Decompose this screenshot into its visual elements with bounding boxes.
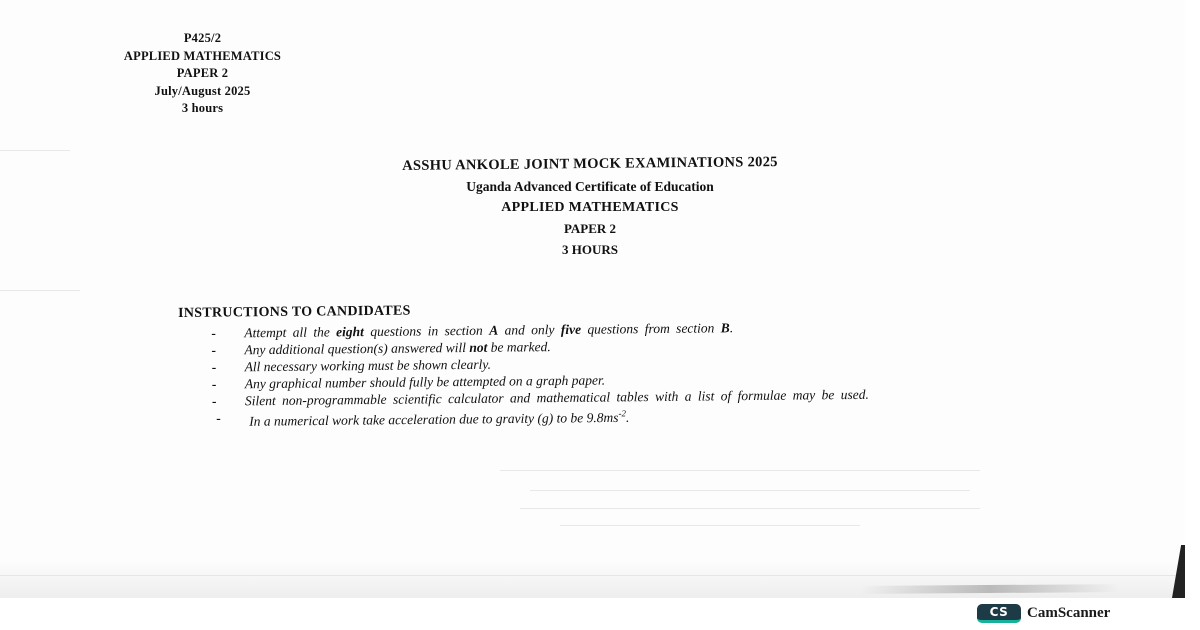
paper-number: PAPER 2 [60,65,345,83]
paper-duration: 3 hours [60,100,345,118]
camscanner-label: CamScanner [1027,605,1110,622]
exam-paper: PAPER 2 [270,218,910,239]
exam-name: ASSHU ANKOLE JOINT MOCK EXAMINATIONS 202… [270,149,910,180]
paper-subject: APPLIED MATHEMATICS [60,48,345,66]
instructions-list: - Attempt all the eight questions in sec… [178,316,1019,430]
camscanner-watermark: CS CamScanner [977,604,1110,623]
bullet-dash: - [212,359,217,376]
camscanner-logo-icon: CS [977,604,1021,623]
bullet-dash: - [216,410,221,427]
paper-code: P425/2 [60,30,345,48]
bullet-dash: - [211,325,216,342]
paper-session: July/August 2025 [60,83,345,101]
scanned-page: P425/2 APPLIED MATHEMATICS PAPER 2 July/… [0,0,1185,598]
bullet-dash: - [211,342,216,359]
exam-subject: APPLIED MATHEMATICS [270,197,910,218]
bullet-dash: - [212,376,217,393]
exam-duration: 3 HOURS [270,239,910,260]
certificate-name: Uganda Advanced Certificate of Education [270,176,910,197]
bullet-dash: - [212,393,217,410]
paper-header-block: P425/2 APPLIED MATHEMATICS PAPER 2 July/… [60,30,345,118]
exam-title-block: ASSHU ANKOLE JOINT MOCK EXAMINATIONS 202… [270,152,910,260]
instructions-section: INSTRUCTIONS TO CANDIDATES - Attempt all… [178,297,1019,430]
